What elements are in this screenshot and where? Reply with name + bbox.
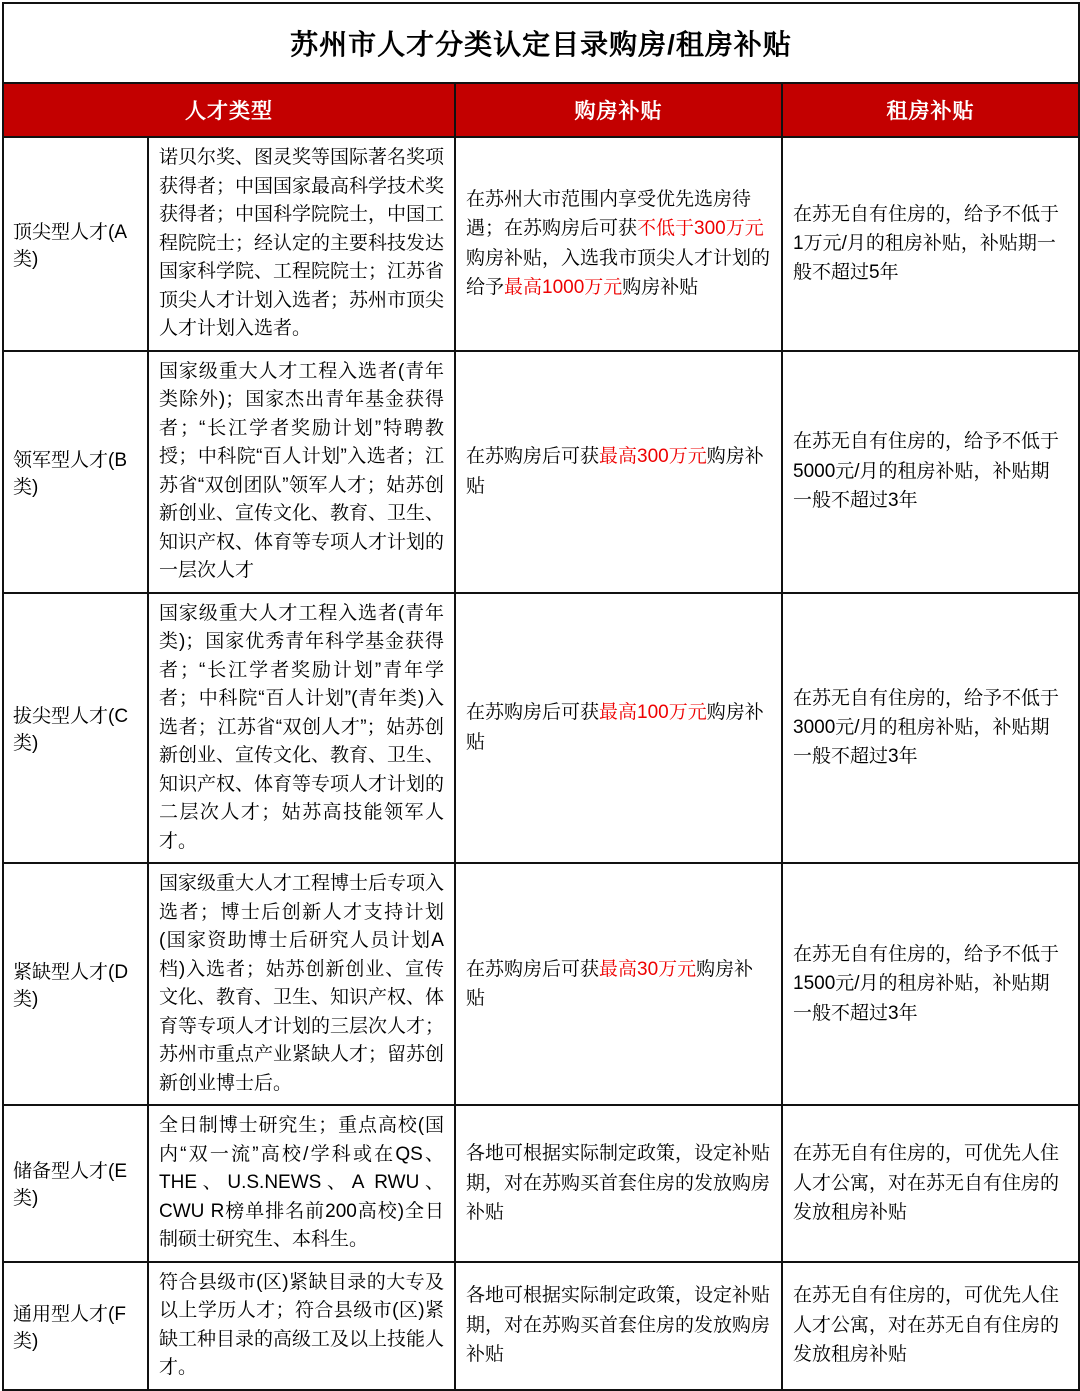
rent-subsidy-cell: 在苏无自有住房的，给予不低于3000元/月的租房补贴，补贴期一般不超过3年 <box>782 593 1079 864</box>
talent-category-cell: 领军型人才(B类) <box>3 351 148 593</box>
purchase-subsidy-cell: 在苏购房后可获最高300万元购房补贴 <box>455 351 782 593</box>
column-header-talent-type: 人才类型 <box>3 83 455 137</box>
title-row: 苏州市人才分类认定目录购房/租房补贴 <box>3 3 1079 83</box>
rent-subsidy-cell: 在苏无自有住房的，给予不低于1500元/月的租房补贴，补贴期一般不超过3年 <box>782 863 1079 1105</box>
purchase-subsidy-cell: 各地可根据实际制定政策，设定补贴期，对在苏购买首套住房的发放购房补贴 <box>455 1105 782 1262</box>
purchase-subsidy-cell: 各地可根据实际制定政策，设定补贴期，对在苏购买首套住房的发放购房补贴 <box>455 1262 782 1390</box>
page-title: 苏州市人才分类认定目录购房/租房补贴 <box>3 3 1079 83</box>
column-header-rent-subsidy: 租房补贴 <box>782 83 1079 137</box>
talent-subsidy-table: 苏州市人才分类认定目录购房/租房补贴 人才类型 购房补贴 租房补贴 顶尖型人才(… <box>2 2 1080 1391</box>
talent-category-cell: 拔尖型人才(C类) <box>3 593 148 864</box>
talent-category-cell: 顶尖型人才(A类) <box>3 137 148 351</box>
talent-category-cell: 储备型人才(E类) <box>3 1105 148 1262</box>
purchase-subsidy-cell: 在苏购房后可获最高100万元购房补贴 <box>455 593 782 864</box>
table-row-a: 顶尖型人才(A类) 诺贝尔奖、图灵奖等国际著名奖项获得者；中国国家最高科学技术奖… <box>3 137 1079 351</box>
talent-description-cell: 国家级重大人才工程入选者(青年类除外)；国家杰出青年基金获得者；“长江学者奖励计… <box>148 351 455 593</box>
talent-description-cell: 国家级重大人才工程博士后专项入选者；博士后创新人才支持计划(国家资助博士后研究人… <box>148 863 455 1105</box>
table-row-e: 储备型人才(E类) 全日制博士研究生；重点高校(国内“双一流”高校/学科或在QS… <box>3 1105 1079 1262</box>
talent-description-cell: 符合县级市(区)紧缺目录的大专及以上学历人才；符合县级市(区)紧缺工种目录的高级… <box>148 1262 455 1390</box>
talent-category-cell: 通用型人才(F类) <box>3 1262 148 1390</box>
column-header-purchase-subsidy: 购房补贴 <box>455 83 782 137</box>
talent-description-cell: 全日制博士研究生；重点高校(国内“双一流”高校/学科或在QS、THE、U.S.N… <box>148 1105 455 1262</box>
talent-description-cell: 诺贝尔奖、图灵奖等国际著名奖项获得者；中国国家最高科学技术奖获得者；中国科学院院… <box>148 137 455 351</box>
talent-category-cell: 紧缺型人才(D类) <box>3 863 148 1105</box>
table-row-f: 通用型人才(F类) 符合县级市(区)紧缺目录的大专及以上学历人才；符合县级市(区… <box>3 1262 1079 1390</box>
table-row-c: 拔尖型人才(C类) 国家级重大人才工程入选者(青年类)；国家优秀青年科学基金获得… <box>3 593 1079 864</box>
rent-subsidy-cell: 在苏无自有住房的，给予不低于1万元/月的租房补贴，补贴期一般不超过5年 <box>782 137 1079 351</box>
purchase-subsidy-cell: 在苏购房后可获最高30万元购房补贴 <box>455 863 782 1105</box>
purchase-subsidy-cell: 在苏州大市范围内享受优先选房待遇；在苏购房后可获不低于300万元购房补贴，入选我… <box>455 137 782 351</box>
subsidy-table-page: 苏州市人才分类认定目录购房/租房补贴 人才类型 购房补贴 租房补贴 顶尖型人才(… <box>0 0 1080 1184</box>
table-row-d: 紧缺型人才(D类) 国家级重大人才工程博士后专项入选者；博士后创新人才支持计划(… <box>3 863 1079 1105</box>
talent-description-cell: 国家级重大人才工程入选者(青年类)；国家优秀青年科学基金获得者；“长江学者奖励计… <box>148 593 455 864</box>
rent-subsidy-cell: 在苏无自有住房的，可优先人住人才公寓，对在苏无自有住房的发放租房补贴 <box>782 1262 1079 1390</box>
table-row-b: 领军型人才(B类) 国家级重大人才工程入选者(青年类除外)；国家杰出青年基金获得… <box>3 351 1079 593</box>
rent-subsidy-cell: 在苏无自有住房的，可优先人住人才公寓，对在苏无自有住房的发放租房补贴 <box>782 1105 1079 1262</box>
rent-subsidy-cell: 在苏无自有住房的，给予不低于5000元/月的租房补贴，补贴期一般不超过3年 <box>782 351 1079 593</box>
table-header-row: 人才类型 购房补贴 租房补贴 <box>3 83 1079 137</box>
